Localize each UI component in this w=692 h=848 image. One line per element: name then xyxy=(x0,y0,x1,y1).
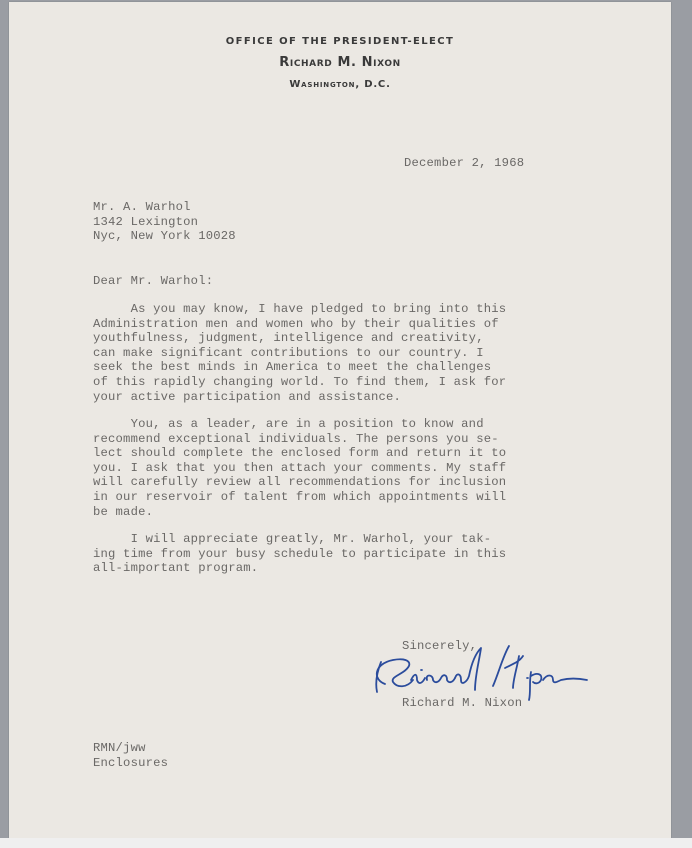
body-paragraph-2: You, as a leader, are in a position to k… xyxy=(93,417,506,519)
letterhead-name: Richard M. Nixon xyxy=(9,55,671,70)
letterhead-office: OFFICE OF THE PRESIDENT-ELECT xyxy=(9,36,671,47)
signed-name: Richard M. Nixon xyxy=(402,696,522,711)
salutation: Dear Mr. Warhol: xyxy=(93,274,213,289)
body-paragraph-1: As you may know, I have pledged to bring… xyxy=(93,302,506,404)
letterhead-city: Washington, D.C. xyxy=(9,79,671,90)
recipient-address: Mr. A. Warhol 1342 Lexington Nyc, New Yo… xyxy=(93,200,236,244)
signature-image xyxy=(363,642,593,702)
body-paragraph-3: I will appreciate greatly, Mr. Warhol, y… xyxy=(93,532,506,576)
viewer-bottom-strip xyxy=(0,838,692,848)
letter-date: December 2, 1968 xyxy=(404,156,524,171)
letter-page: OFFICE OF THE PRESIDENT-ELECT Richard M.… xyxy=(9,2,671,838)
reference-initials: RMN/jww Enclosures xyxy=(93,741,168,770)
